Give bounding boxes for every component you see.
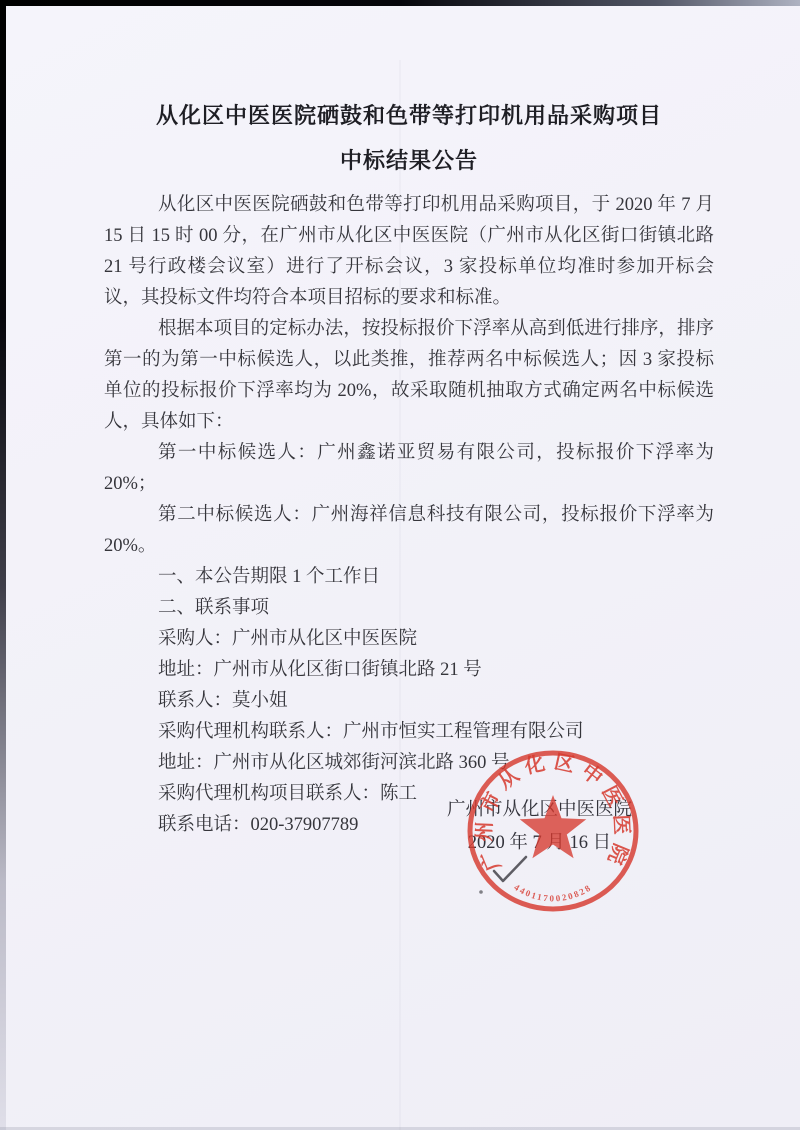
document-title: 从化区中医医院硒鼓和色带等打印机用品采购项目 中标结果公告 (104, 0, 714, 184)
scan-edge-left (0, 0, 6, 1130)
contact-line-buyer-address: 地址：广州市从化区街口街镇北路 21 号 (104, 655, 714, 686)
candidate-line-1: 第一中标候选人：广州鑫诺亚贸易有限公司，投标报价下浮率为 20%； (104, 438, 714, 500)
seal-star-icon (520, 795, 587, 858)
ink-dot (479, 890, 483, 894)
scanned-document-page: 从化区中医医院硒鼓和色带等打印机用品采购项目 中标结果公告 从化区中医医院硒鼓和… (0, 0, 800, 1130)
seal-serial-number: 4401170020828 (512, 882, 593, 903)
scan-edge-top (0, 0, 800, 6)
contact-line-buyer-person: 联系人：莫小姐 (104, 686, 714, 717)
svg-text:4401170020828: 4401170020828 (512, 882, 593, 903)
contact-heading: 二、联系事项 (104, 593, 714, 624)
title-line-2: 中标结果公告 (104, 139, 714, 184)
contact-line-buyer: 采购人：广州市从化区中医医院 (104, 624, 714, 655)
official-seal: 广州市从化区中医医院 4401170020828 (453, 736, 653, 934)
title-line-1: 从化区中医医院硒鼓和色带等打印机用品采购项目 (104, 94, 714, 139)
notice-period-line: 一、本公告期限 1 个工作日 (104, 562, 714, 593)
paragraph-opening: 从化区中医医院硒鼓和色带等打印机用品采购项目，于 2020 年 7 月 15 日… (104, 190, 714, 314)
paragraph-method: 根据本项目的定标办法，按投标报价下浮率从高到低进行排序，排序第一的为第一中标候选… (104, 314, 714, 438)
candidate-line-2: 第二中标候选人：广州海祥信息科技有限公司，投标报价下浮率为 20%。 (104, 500, 714, 562)
announcement-document: 从化区中医医院硒鼓和色带等打印机用品采购项目 中标结果公告 从化区中医医院硒鼓和… (104, 0, 714, 841)
